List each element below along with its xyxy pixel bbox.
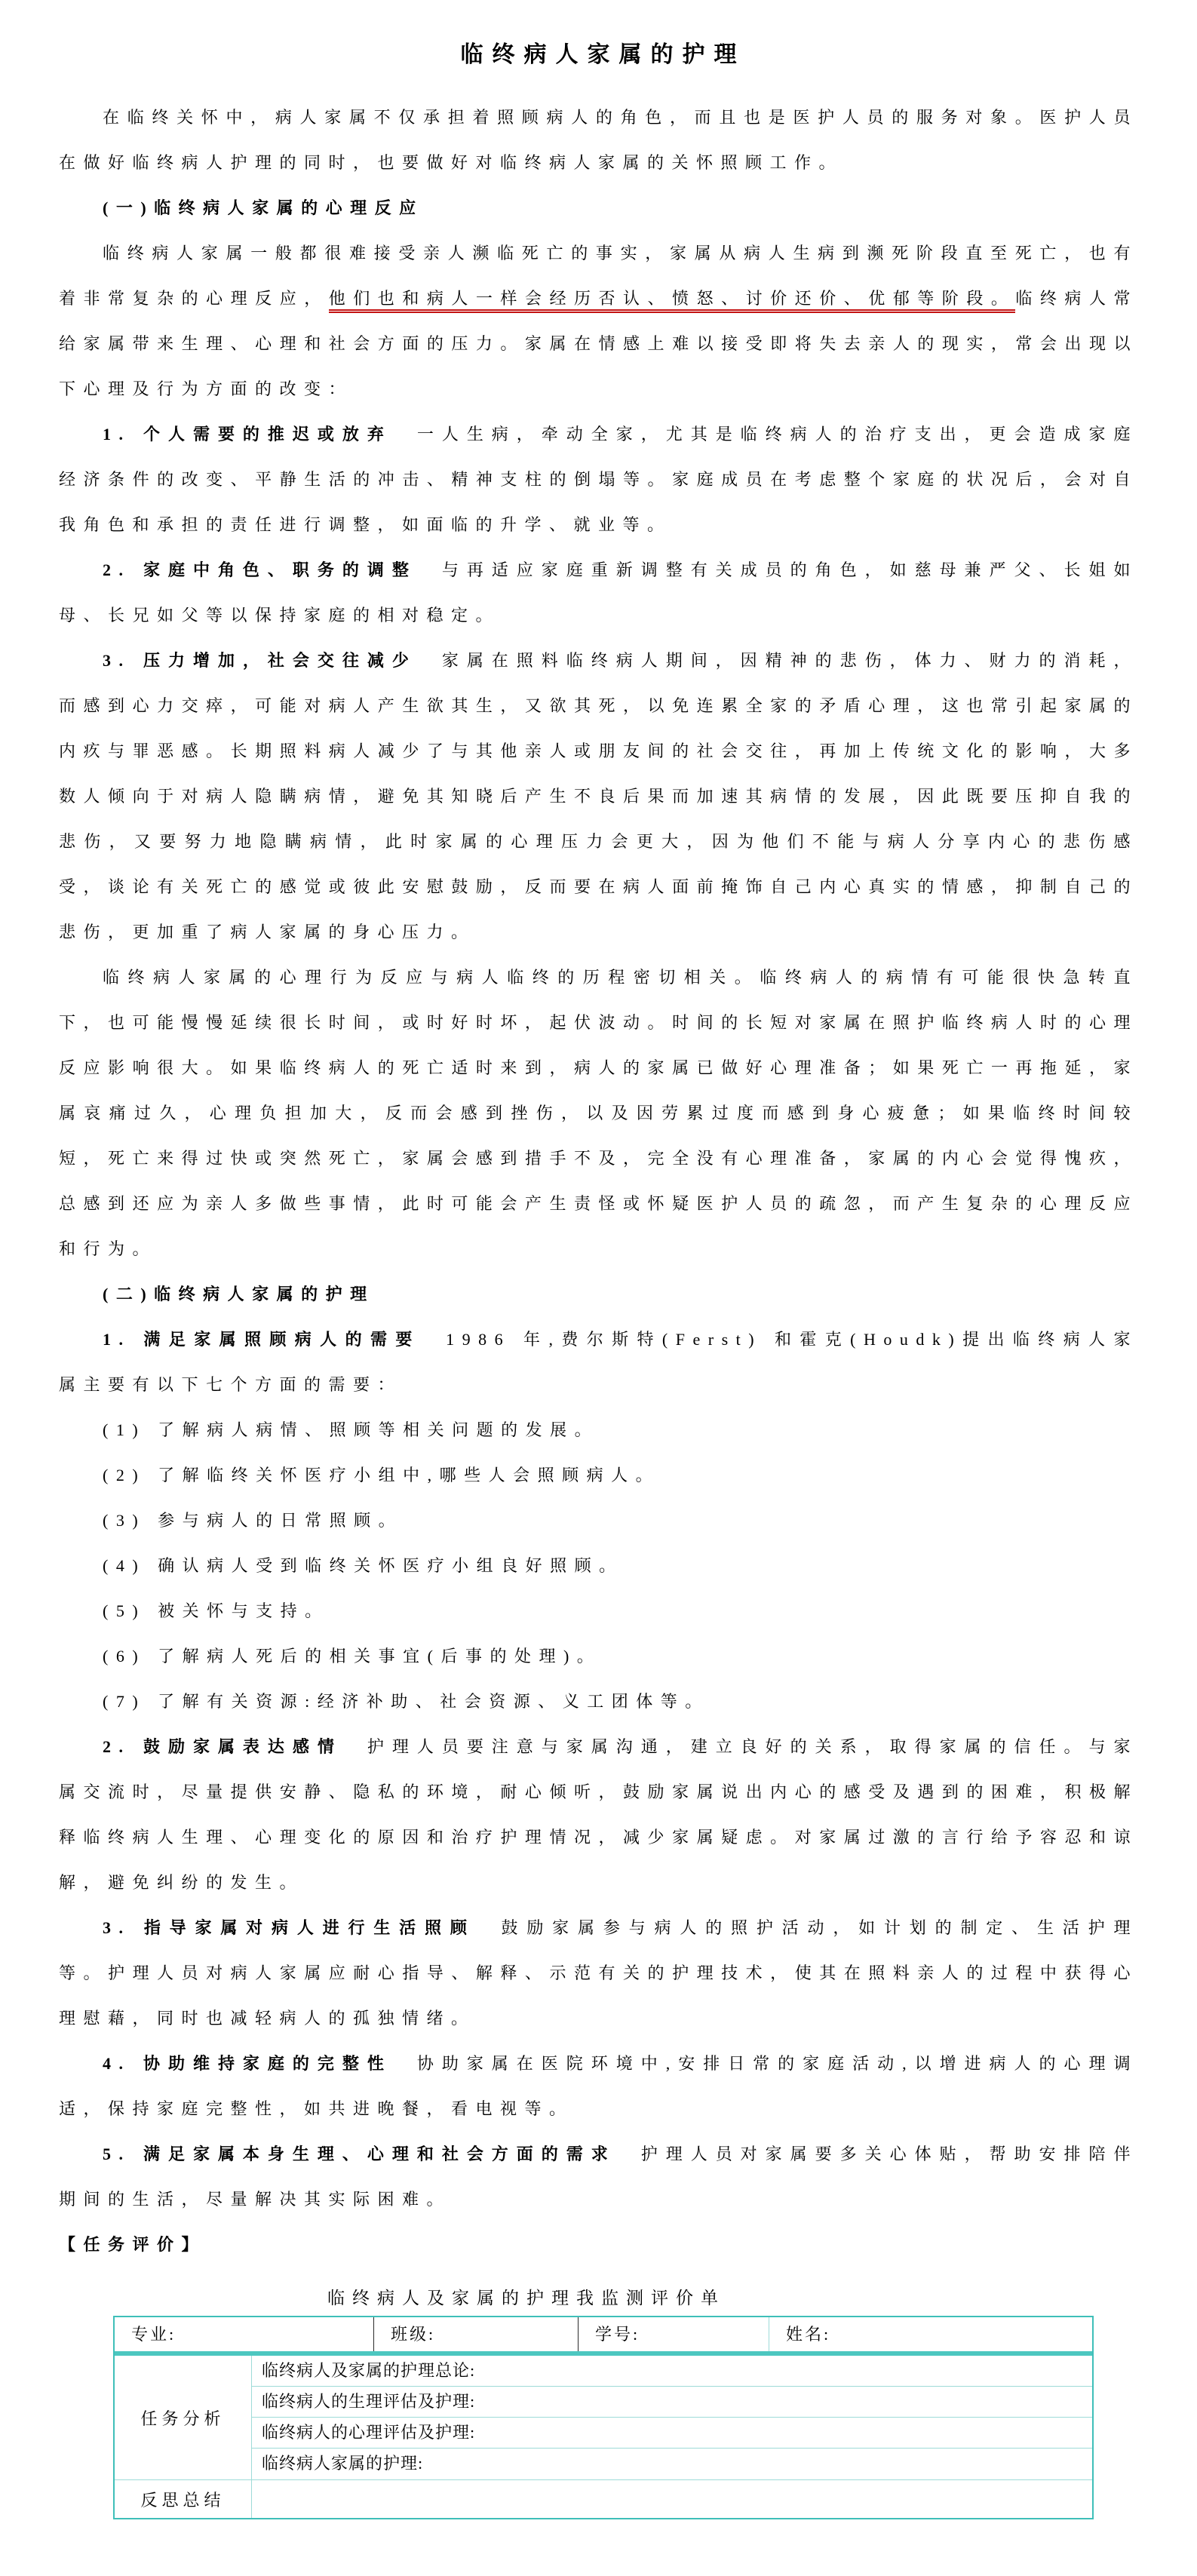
text-segment: 4. 协助维持家庭的完整性 bbox=[103, 2054, 392, 2073]
text-segment: (3) 参与病人的日常照顾。 bbox=[103, 1511, 403, 1530]
text-segment: 2. 家庭中角色、职务的调整 bbox=[103, 560, 417, 579]
numbered-paragraph-care-4: 4. 协助维持家庭的完整性 协助家属在医院环境中,安排日常的家庭活动,以增进病人… bbox=[59, 2041, 1138, 2132]
reflection-label: 反思总结 bbox=[115, 2480, 252, 2518]
text-segment: 【任务评价】 bbox=[59, 2235, 206, 2254]
text-segment: 3. 指导家属对病人进行生活照顾 bbox=[103, 1918, 476, 1937]
task-analysis-block: 任务分析 临终病人及家属的护理总论: 临终病人的生理评估及护理: 临终病人的心理… bbox=[115, 2356, 1092, 2479]
numbered-paragraph-3: 3. 压力增加，社会交往减少 家属在照料临终病人期间，因精神的悲伤，体力、财力的… bbox=[59, 638, 1138, 955]
intro-paragraph: 在临终关怀中，病人家属不仅承担着照顾病人的角色，而且也是医护人员的服务对象。医护… bbox=[59, 95, 1138, 186]
text-segment: 在临终关怀中，病人家属不仅承担着照顾病人的角色，而且也是医护人员的服务对象。医护… bbox=[59, 108, 1138, 172]
numbered-paragraph-care-5: 5. 满足家属本身生理、心理和社会方面的需求 护理人员对家属要多关心体贴，帮助安… bbox=[59, 2132, 1138, 2222]
text-segment: 家属在照料临终病人期间，因精神的悲伤，体力、财力的消耗，而感到心力交瘁，可能对病… bbox=[59, 651, 1138, 941]
reflection-block: 反思总结 bbox=[115, 2479, 1092, 2518]
header-cell-number: 学号: bbox=[579, 2317, 769, 2351]
header-cell-major: 专业: bbox=[115, 2317, 374, 2351]
text-segment: 1. 个人需要的推迟或放弃 bbox=[103, 425, 392, 444]
task-eval-heading: 【任务评价】 bbox=[59, 2222, 1138, 2267]
text-segment: 1. 满足家属照顾病人的需要 bbox=[103, 1330, 421, 1349]
psych-reaction-paragraph: 临终病人家属一般都很难接受亲人濒临死亡的事实，家属从病人生病到濒死阶段直至死亡，… bbox=[59, 231, 1138, 412]
text-segment: (2) 了解临终关怀医疗小组中,哪些人会照顾病人。 bbox=[103, 1466, 660, 1485]
table-caption: 临终病人及家属的护理我监测评价单 bbox=[327, 2286, 1138, 2311]
need-item-1: (1) 了解病人病情、照顾等相关问题的发展。 bbox=[59, 1408, 1138, 1453]
text-segment: (二)临终病人家属的护理 bbox=[103, 1285, 375, 1303]
need-item-2: (2) 了解临终关怀医疗小组中,哪些人会照顾病人。 bbox=[59, 1453, 1138, 1498]
numbered-paragraph-care-3: 3. 指导家属对病人进行生活照顾 鼓励家属参与病人的照护活动，如计划的制定、生活… bbox=[59, 1905, 1138, 2041]
psych-course-paragraph: 临终病人家属的心理行为反应与病人临终的历程密切相关。临终病人的病情有可能很快急转… bbox=[59, 955, 1138, 1272]
document-title: 临终病人家属的护理 bbox=[59, 36, 1138, 74]
text-segment: 3. 压力增加，社会交往减少 bbox=[103, 651, 417, 670]
need-item-6: (6) 了解病人死后的相关事宜(后事的处理)。 bbox=[59, 1634, 1138, 1679]
task-row-physical: 临终病人的生理评估及护理: bbox=[252, 2387, 1092, 2418]
need-item-7: (7) 了解有关资源:经济补助、社会资源、义工团体等。 bbox=[59, 1679, 1138, 1724]
document-page: 临终病人家属的护理 在临终关怀中，病人家属不仅承担着照顾病人的角色，而且也是医护… bbox=[0, 0, 1197, 2519]
text-segment: 护理人员要注意与家属沟通，建立良好的关系，取得家属的信任。与家属交流时，尽量提供… bbox=[59, 1737, 1138, 1892]
header-cell-class: 班级: bbox=[374, 2317, 579, 2351]
numbered-paragraph-1: 1. 个人需要的推迟或放弃 一人生病，牵动全家，尤其是临终病人的治疗支出，更会造… bbox=[59, 412, 1138, 548]
numbered-paragraph-care-1: 1. 满足家属照顾病人的需要 1986 年,费尔斯特(Ferst) 和霍克(Ho… bbox=[59, 1317, 1138, 1408]
text-segment: 临终病人家属的心理行为反应与病人临终的历程密切相关。临终病人的病情有可能很快急转… bbox=[59, 968, 1138, 1258]
text-segment: (一)临终病人家属的心理反应 bbox=[103, 198, 424, 217]
evaluation-table-header: 专业: 班级: 学号: 姓名: bbox=[115, 2317, 1092, 2356]
reflection-empty-cell bbox=[252, 2480, 1092, 2518]
section-heading-2: (二)临终病人家属的护理 bbox=[59, 1272, 1138, 1317]
evaluation-table: 专业: 班级: 学号: 姓名: 任务分析 临终病人及家属的护理总论: 临终病人的… bbox=[113, 2316, 1094, 2519]
numbered-paragraph-2: 2. 家庭中角色、职务的调整 与再适应家庭重新调整有关成员的角色，如慈母兼严父、… bbox=[59, 548, 1138, 638]
need-item-4: (4) 确认病人受到临终关怀医疗小组良好照顾。 bbox=[59, 1543, 1138, 1589]
task-analysis-label: 任务分析 bbox=[115, 2356, 252, 2479]
header-cell-name: 姓名: bbox=[769, 2317, 1092, 2351]
need-item-5: (5) 被关怀与支持。 bbox=[59, 1589, 1138, 1634]
numbered-paragraph-care-2: 2. 鼓励家属表达感情 护理人员要注意与家属沟通，建立良好的关系，取得家属的信任… bbox=[59, 1724, 1138, 1905]
task-row-family: 临终病人家属的护理: bbox=[252, 2449, 1092, 2479]
task-row-overview: 临终病人及家属的护理总论: bbox=[252, 2356, 1092, 2387]
text-segment: 2. 鼓励家属表达感情 bbox=[103, 1737, 342, 1756]
task-row-psych: 临终病人的心理评估及护理: bbox=[252, 2418, 1092, 2449]
text-segment: (6) 了解病人死后的相关事宜(后事的处理)。 bbox=[103, 1647, 601, 1666]
document-body: 在临终关怀中，病人家属不仅承担着照顾病人的角色，而且也是医护人员的服务对象。医护… bbox=[59, 95, 1138, 2267]
text-segment: 5. 满足家属本身生理、心理和社会方面的需求 bbox=[103, 2145, 616, 2163]
text-segment: (4) 确认病人受到临终关怀医疗小组良好照顾。 bbox=[103, 1556, 624, 1575]
need-item-3: (3) 参与病人的日常照顾。 bbox=[59, 1498, 1138, 1543]
text-segment: (1) 了解病人病情、照顾等相关问题的发展。 bbox=[103, 1420, 599, 1439]
red-underlined-phrase: 他们也和病人一样会经历否认、愤怒、讨价还价、优郁等阶段。 bbox=[329, 289, 1016, 313]
text-segment: (7) 了解有关资源:经济补助、社会资源、义工团体等。 bbox=[103, 1692, 710, 1711]
section-heading-1: (一)临终病人家属的心理反应 bbox=[59, 186, 1138, 231]
text-segment: (5) 被关怀与支持。 bbox=[103, 1601, 330, 1620]
